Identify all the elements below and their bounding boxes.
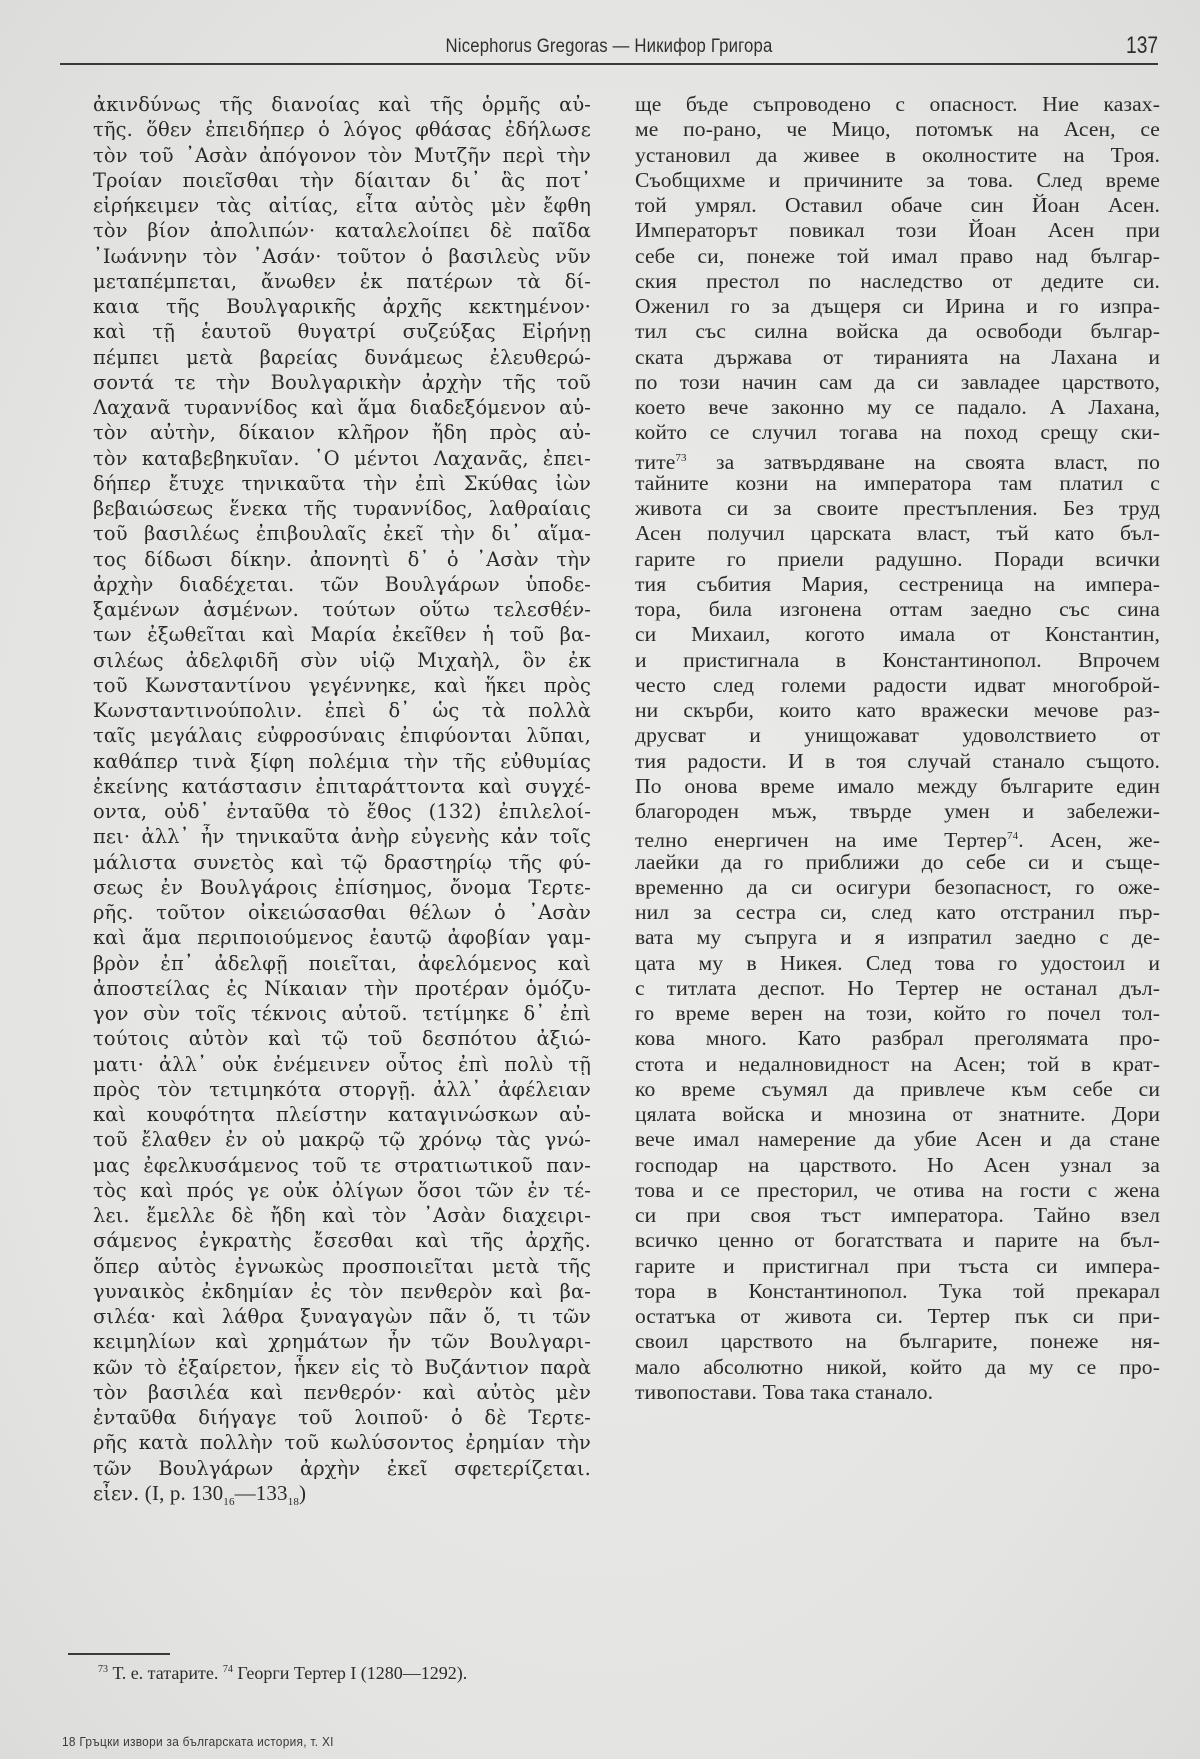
greek-line: ἐνταῦθα διήγαγε τοῦ λοιποῦ· ὁ δὲ Τερτε- (93, 1405, 591, 1430)
header-rule (60, 63, 1158, 65)
greek-line: τὸν βίον ἀπολιπών· καταλελοίπει δὲ παῖδα (93, 218, 591, 243)
bulgarian-line: временно да си осигури безопасност, го о… (635, 875, 1160, 900)
greek-line: τούτοις αὐτὸν καὶ τῷ τοῦ δεσπότου ἀξιώ- (93, 1026, 591, 1051)
source-citation: (I, p. 13016—13318) (139, 1481, 306, 1505)
bulgarian-line: господар на царството. Но Асен узнал за (635, 1153, 1160, 1178)
greek-line: καὶ κουφότητα πλείστην καταγινώσκων αὐ- (93, 1102, 591, 1127)
bulgarian-line: ската държава от тиранията на Лахана и (635, 345, 1160, 370)
greek-line: δήπερ ἔτυχε τηνικαῦτα τὴν ἐπὶ Σκύθας ἰὼν (93, 471, 591, 496)
bulgarian-line: тайните козни на императора там платил с (635, 471, 1160, 496)
greek-line: κῶν τὸ ἐξαίρετον, ἧκεν εἰς τὸ Βυζάντιον … (93, 1355, 591, 1380)
footnote-74-mark: 74 (223, 1664, 233, 1675)
bulgarian-line: стота и недалновидност на Асен; той в кр… (635, 1052, 1160, 1077)
greek-line: βεβαιώσεως ἕνεκα τῆς τυραννίδος, λαθραία… (93, 496, 591, 521)
greek-line: τοῦ βασιλέως ἐπιβουλαῖς ἐκεῖ τὴν δι᾽ αἵμ… (93, 521, 591, 546)
bulgarian-line: тия събития Мария, сестреница на импера- (635, 572, 1160, 597)
bulgarian-line: гарите го приели радушно. Поради всички (635, 547, 1160, 572)
greek-line: ᾽Ιωάννην τὸν ᾽Ασάν· τοῦτον ὁ βασιλεὺς νῦ… (93, 244, 591, 269)
bulgarian-line: гарите и пристигнал при тъста си импера- (635, 1254, 1160, 1279)
greek-line: σάμενος ἐγκρατὴς ἔσεσθαι καὶ τῆς ἀρχῆς. (93, 1228, 591, 1253)
greek-line: καθάπερ τινὰ ξίφη πολέμια τὴν τῆς εὐθυμί… (93, 749, 591, 774)
footnote-74-text: Георги Тертер I (1280—1292). (233, 1663, 467, 1683)
greek-line: μεταπέμπεται, ἄνωθεν ἐκ πατέρων τὰ δί- (93, 269, 591, 294)
greek-line: ἐκείνης κατάστασιν ἐπιταράττοντα καὶ συγ… (93, 774, 591, 799)
footnote-ref-73: 73 (675, 452, 686, 464)
greek-line: σοντά τε τὴν Βουλγαρικὴν ἀρχὴν τῆς τοῦ (93, 370, 591, 395)
greek-line: τὸν καταβεβηκυῖαν. ῾Ο μέντοι Λαχανᾶς, ἐπ… (93, 446, 591, 471)
greek-line: γον σὺν τοῖς τέκνοις αὐτοῦ. τετίμηκε δ᾽ … (93, 1001, 591, 1026)
greek-line: ἀποστείλας ἐς Νίκαιαν τὴν προτέραν ὁμόζυ… (93, 976, 591, 1001)
greek-line: ρῆς. τοῦτον οἰκειώσασθαι θέλων ὁ ᾽Ασὰν (93, 900, 591, 925)
greek-line: πέμπει μετὰ βαρείας δυνάμεως ἐλευθερώ- (93, 345, 591, 370)
bulgarian-line: себе си, понеже той имал право над бълга… (635, 244, 1160, 269)
footnotes: 73 Т. е. татарите. 74 Георги Тертер I (1… (98, 1663, 467, 1684)
bulgarian-line: Асен получил царската власт, тъй като бъ… (635, 521, 1160, 546)
greek-line: σιλέα· καὶ λάθρα ξυναγαγὼν πᾶν ὅ, τι τῶν (93, 1304, 591, 1329)
greek-line: σιλέως ἀδελφιδῆ σὺν υἱῷ Μιχαὴλ, ὃν ἐκ (93, 648, 591, 673)
bulgarian-line: ще бъде съпроводено с опасност. Ние каза… (635, 92, 1160, 117)
bulgarian-line: вата му съпруга и я изпратил заедно с де… (635, 925, 1160, 950)
footnote-73-text: Т. е. татарите. (108, 1663, 223, 1683)
bulgarian-line: вече имал намерение да убие Асен и да ст… (635, 1127, 1160, 1152)
greek-line: εἰρήκειμεν τὰς αἰτίας, εἶτα αὐτὸς μὲν ἔφ… (93, 193, 591, 218)
greek-line: μάλιστα συνετὸς καὶ τῷ δραστηρίῳ τῆς φύ- (93, 850, 591, 875)
greek-line: καὶ ἅμα περιποιούμενος ἑαυτῷ ἀφοβίαν γαμ… (93, 925, 591, 950)
greek-line: τῆς. ὅθεν ἐπειδήπερ ὁ λόγος φθάσας ἐδήλω… (93, 117, 591, 142)
greek-line: πει· ἀλλ᾽ ἦν τηνικαῦτα ἀνὴρ εὐγενὴς κἀν … (93, 824, 591, 849)
footnote-rule (68, 1653, 170, 1655)
running-title: Nicephorus Gregoras — Никифор Григора (126, 36, 1092, 58)
greek-line: ρῆς κατὰ πολλὴν τοῦ κωλύσοντος ἐρημίαν τ… (93, 1430, 591, 1455)
greek-line: ὅπερ αὐτὸς ἐγνωκὼς προσποιεῖται μετὰ τῆς (93, 1254, 591, 1279)
bulgarian-line: който се случил тогава на поход срещу ск… (635, 420, 1160, 445)
bulgarian-line: благороден мъж, твърде умен и забележи- (635, 799, 1160, 824)
bulgarian-line: което вече законно му се падало. А Лахан… (635, 395, 1160, 420)
greek-line: τῶν Βουλγάρων ἀρχὴν ἐκεῖ σφετερίζεται. (93, 1456, 591, 1481)
bulgarian-line: установил да живее в околностите на Троя… (635, 143, 1160, 168)
bulgarian-line: тите73 за затвърдяване на своята власт, … (635, 446, 1160, 471)
bulgarian-line: той умрял. Оставил обаче син Йоан Асен. (635, 193, 1160, 218)
bulgarian-line: ския престол по наследство от дедите си. (635, 269, 1160, 294)
greek-line: τὸν βασιλέα καὶ πενθερόν· καὶ αὐτὸς μὲν (93, 1380, 591, 1405)
greek-line: καὶ τῇ ἑαυτοῦ θυγατρί συζεύξας Εἰρήνῃ (93, 319, 591, 344)
bulgarian-line: по този начин сам да си завладее царство… (635, 370, 1160, 395)
greek-line: κειμηλίων καὶ χρημάτων ἦν τῶν Βουλγαρι- (93, 1329, 591, 1354)
bulgarian-line: мало абсолютно никой, който да му се про… (635, 1355, 1160, 1380)
bulgarian-line: цялата войска и мнозина от знатните. Дор… (635, 1102, 1160, 1127)
bulgarian-line: всичко ценно от богатствата и парите на … (635, 1228, 1160, 1253)
greek-line: τοῦ Κωνσταντίνου γεγέννηκε, καὶ ἥκει πρὸ… (93, 673, 591, 698)
greek-line: ταῖς μεγάλαις εὐφροσύναις ἐπιφύονται λῦπ… (93, 723, 591, 748)
bulgarian-line: си при своя тъст императора. Тайно взел (635, 1203, 1160, 1228)
greek-line: ἀρχὴν διαδέχεται. τῶν Βουλγάρων ὑποδε- (93, 572, 591, 597)
greek-line: ματι· ἀλλ᾽ οὐκ ἐνέμεινεν οὗτος ἐπὶ πολὺ … (93, 1052, 591, 1077)
greek-line: Κωνσταντινούπολιν. ἐπεὶ δ᾽ ὡς τὰ πολλὰ (93, 698, 591, 723)
page-number: 137 (1126, 32, 1158, 60)
bulgarian-line: своил царството на българите, понеже ня- (635, 1329, 1160, 1354)
greek-line: μας ἐφελκυσάμενος τοῦ τε στρατιωτικοῦ πα… (93, 1153, 591, 1178)
greek-line: Λαχανᾶ τυραννίδος καὶ ἅμα διαδεξόμενον α… (93, 395, 591, 420)
greek-line: σεως ἐν Βουλγάροις ἐπίσημος, ὄνομα Τερτε… (93, 875, 591, 900)
bulgarian-line: живота си за своите престъпления. Без тр… (635, 496, 1160, 521)
bulgarian-line: го време верен на този, който го почел т… (635, 1001, 1160, 1026)
greek-line: καια τῆς Βουλγαρικῆς ἀρχῆς κεκτημένον· (93, 294, 591, 319)
greek-line: των ἐξωθεῖται καὶ Μαρία ἐκεῖθεν ἡ τοῦ βα… (93, 622, 591, 647)
bulgarian-text-column: ще бъде съпроводено с опасност. Ние каза… (635, 92, 1160, 1405)
bulgarian-line: тивопостави. Това така станало. (635, 1380, 1160, 1405)
bulgarian-line: тил със силна войска да освободи българ- (635, 319, 1160, 344)
footnote-73-mark: 73 (98, 1664, 108, 1675)
bulgarian-line: и пристигнала в Константинопол. Впрочем (635, 648, 1160, 673)
bulgarian-line: с титлата деспот. Но Тертер не останал д… (635, 976, 1160, 1001)
bulgarian-line: телно енергичен на име Тертер74. Асен, ж… (635, 824, 1160, 849)
bulgarian-line: По онова време имало между българите еди… (635, 774, 1160, 799)
bulgarian-line: друсват и унищожават удоволствието от (635, 723, 1160, 748)
printer-signature: 18 Гръцки извори за българската история,… (62, 1735, 334, 1749)
bulgarian-line: лаейки да го приближи до себе си и съще- (635, 850, 1160, 875)
greek-line: πρὸς τὸν τετιμηκότα στοργῇ. ἀλλ᾽ ἀφέλεια… (93, 1077, 591, 1102)
greek-line: Τροίαν ποιεῖσθαι τὴν δίαιταν δι᾽ ἃς ποτ᾽ (93, 168, 591, 193)
bulgarian-line: Императорът повикал този Йоан Асен при (635, 218, 1160, 243)
footnote-ref-74: 74 (1007, 830, 1018, 842)
greek-line: τος δίδωσι δίκην. ἀπονητὶ δ᾽ ὁ ᾽Ασὰν τὴν (93, 547, 591, 572)
bulgarian-line: тия радости. И в тоя случай станало също… (635, 749, 1160, 774)
greek-line: τοῦ ἔλαθεν ἐν οὐ μακρῷ τῷ χρόνῳ τὰς γνώ- (93, 1127, 591, 1152)
bulgarian-line: тора в Константинопол. Тука той прекарал (635, 1279, 1160, 1304)
greek-line: ἀκινδύνως τῆς διανοίας καὶ τῆς ὁρμῆς αὐ- (93, 92, 591, 117)
bulgarian-line: това и се престорил, че отива на гости с… (635, 1178, 1160, 1203)
greek-line: τὸς καὶ πρός γε οὐκ ὀλίγων ὅσοι τῶν ἐν τ… (93, 1178, 591, 1203)
bulgarian-line: ко време съумял да привлече към себе си (635, 1077, 1160, 1102)
greek-line: εἶεν. (I, p. 13016—13318) (93, 1481, 591, 1506)
greek-line: οντα, οὐδ᾽ ἐνταῦθα τὸ ἔθος (132) ἐπιλελο… (93, 799, 591, 824)
book-page: Nicephorus Gregoras — Никифор Григора 13… (0, 0, 1200, 1759)
bulgarian-line: нил за сестра си, след като отстранил пъ… (635, 900, 1160, 925)
greek-line: βρὸν ἐπ᾽ ἀδελφῇ ποιεῖται, ἀφελόμενος καὶ (93, 951, 591, 976)
greek-line: τὸν τοῦ ᾽Ασὰν ἀπόγονον τὸν Μυτζῆν περὶ τ… (93, 143, 591, 168)
bulgarian-line: Оженил го за дъщеря си Ирина и го изпра- (635, 294, 1160, 319)
running-head: Nicephorus Gregoras — Никифор Григора 13… (60, 30, 1158, 66)
greek-text-column: ἀκινδύνως τῆς διανοίας καὶ τῆς ὁρμῆς αὐ-… (93, 92, 591, 1506)
bulgarian-line: ни скърби, които като вражески мечове ра… (635, 698, 1160, 723)
bulgarian-line: цата му в Никея. След това го удостоил и (635, 951, 1160, 976)
greek-line: τὸν αὐτὴν, δίκαιον κλῆρον ἤδη πρὸς αὐ- (93, 420, 591, 445)
bulgarian-line: тора, била изгонена оттам заедно със син… (635, 597, 1160, 622)
bulgarian-line: често след големи радости идват многобро… (635, 673, 1160, 698)
greek-line: λει. ἔμελλε δὲ ἤδη καὶ τὸν ᾽Ασὰν διαχειρ… (93, 1203, 591, 1228)
bulgarian-line: ме по-рано, че Мицо, потомък на Асен, се (635, 117, 1160, 142)
bulgarian-line: кова много. Като разбрал преголямата про… (635, 1026, 1160, 1051)
bulgarian-line: остатъка от живота си. Тертер пък си при… (635, 1304, 1160, 1329)
greek-line: ξαμένων ἀσμένων. τούτων οὕτω τελεσθέν- (93, 597, 591, 622)
bulgarian-line: си Михаил, когото имала от Константин, (635, 622, 1160, 647)
bulgarian-line: Съобщихме и причините за това. След врем… (635, 168, 1160, 193)
greek-line: γυναικὸς ἐκδημίαν ἐς τὸν πενθερὸν καὶ βα… (93, 1279, 591, 1304)
